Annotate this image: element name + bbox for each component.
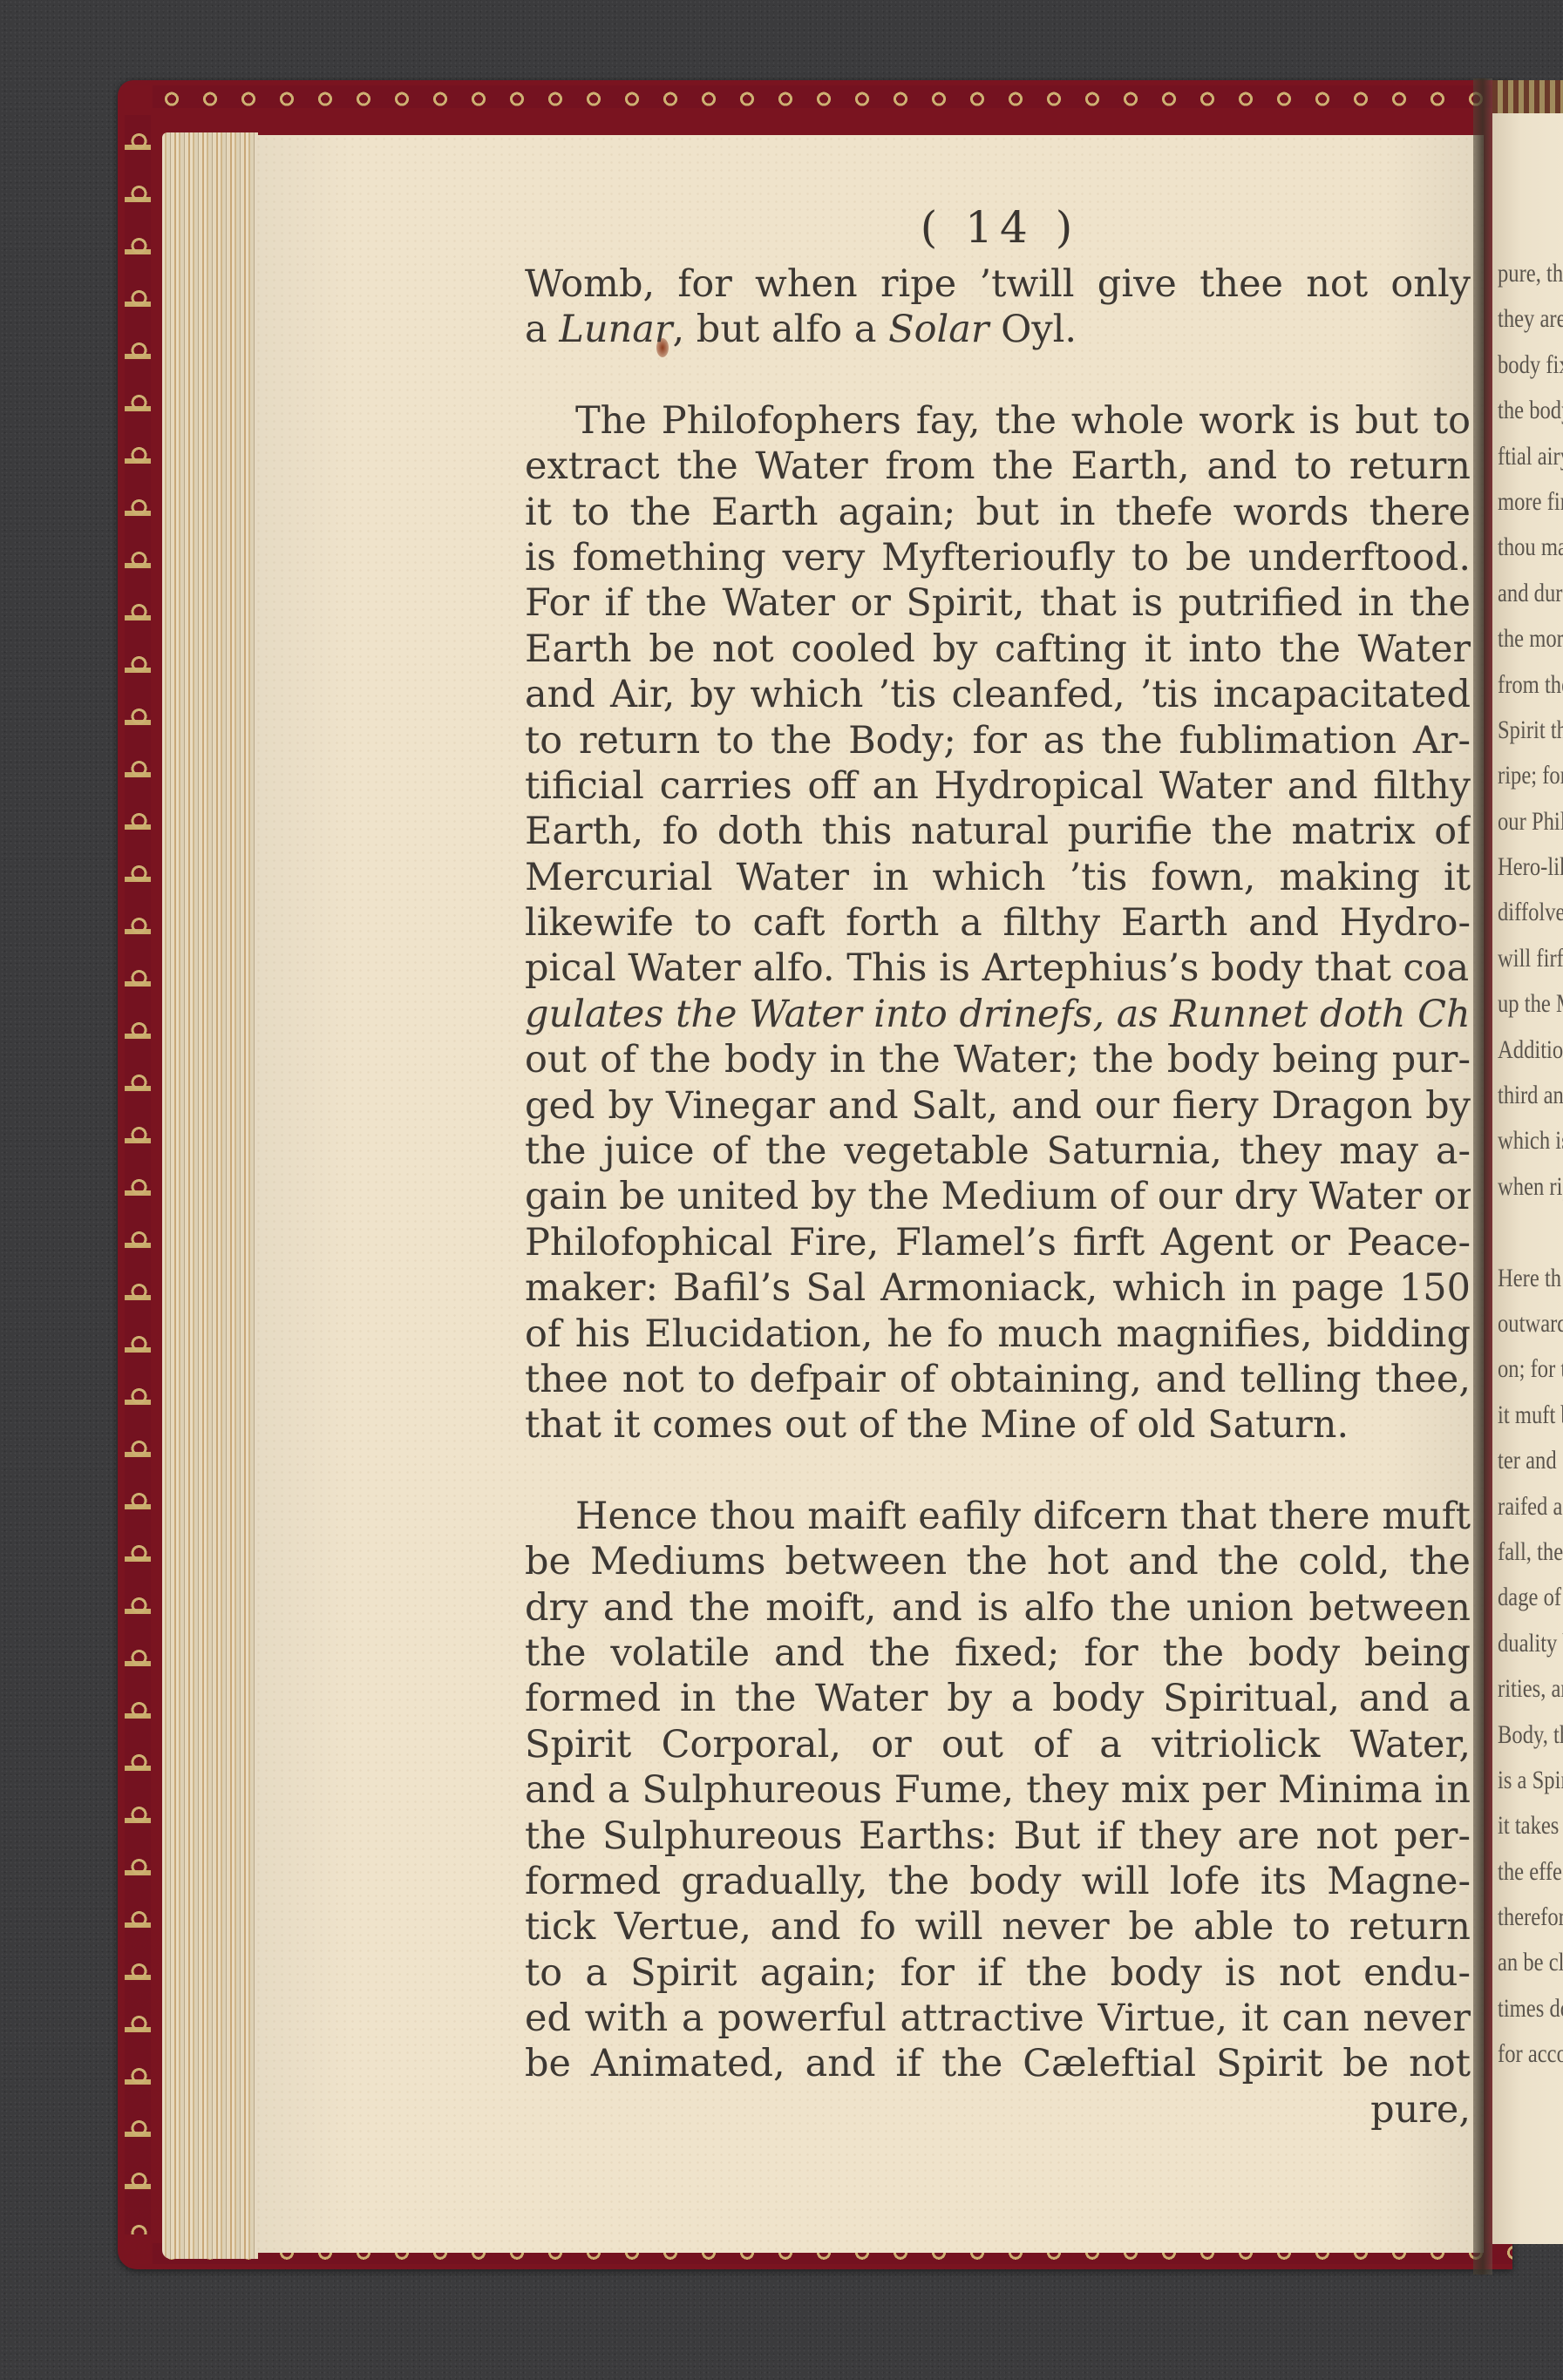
facing-text-fragment: outward): [1498, 1301, 1563, 1346]
facing-text-fragment: the body: [1498, 388, 1563, 433]
text-line: and a Sulphureous Fume, they mix per Min…: [525, 1767, 1471, 1813]
facing-text-fragment: it takes o: [1498, 1803, 1563, 1848]
text-line: be Mediums between the hot and the cold,…: [525, 1539, 1471, 1584]
facing-text-fragment: Body, that: [1498, 1712, 1563, 1758]
text-line: Earth, fo doth this natural purifie the …: [525, 809, 1471, 854]
text-line: Spirit Corporal, or out of a vitriolick …: [525, 1722, 1471, 1767]
facing-text-fragment: Spirit tha: [1498, 708, 1563, 753]
text-line: to a Spirit again; for if the body is no…: [525, 1950, 1471, 1996]
facing-text-fragment: Hero-like: [1498, 844, 1563, 890]
text-line: tick Vertue, and fo will never be able t…: [525, 1904, 1471, 1949]
text-line: formed in the Water by a body Spiritual,…: [525, 1676, 1471, 1721]
facing-text-fragment: Here th: [1498, 1256, 1563, 1301]
text-line: of his Elucidation, he fo much magnifies…: [525, 1312, 1471, 1357]
text-line: out of the body in the Water; the body b…: [525, 1037, 1471, 1082]
body-text: Womb, for when ripe ’twill give thee not…: [525, 261, 1471, 2133]
text-line: The Philofophers fay, the whole work is …: [525, 398, 1471, 444]
facing-text-fragment: and durab: [1498, 571, 1563, 616]
facing-text-fragment: which is: [1498, 1118, 1563, 1163]
text-line: Hence thou maift eafily difcern that the…: [525, 1494, 1471, 1539]
facing-cover-edge: [1492, 80, 1563, 115]
text-line: the volatile and the fixed; for the body…: [525, 1631, 1471, 1676]
text-line: ed with a powerful attractive Virtue, it…: [525, 1996, 1471, 2041]
text-line: a Lunar, but alfo a Solar Oyl.: [525, 307, 1471, 352]
page-number: ( 14 ): [917, 202, 1083, 253]
text-line: the Sulphureous Earths: But if they are …: [525, 1814, 1471, 1859]
gold-tooling-left: [125, 115, 151, 2234]
facing-text-fragment: will firft a: [1498, 936, 1563, 981]
facing-text-fragment: it muft be: [1498, 1393, 1563, 1438]
facing-text-fragment: from the: [1498, 662, 1563, 708]
facing-text-fragment: our Philo: [1498, 799, 1563, 844]
text-line: maker: Bafil’s Sal Armoniack, which in p…: [525, 1265, 1471, 1311]
text-line: is fomething very Myfterioufly to be und…: [525, 535, 1471, 580]
facing-text-fragment: body fixi: [1498, 342, 1563, 388]
facing-text-fragment: on; for t: [1498, 1346, 1563, 1392]
facing-text-fragment: for accordin: [1498, 2031, 1563, 2077]
text-line: ged by Vinegar and Salt, and our fiery D…: [525, 1083, 1471, 1129]
text-line: formed gradually, the body will lofe its…: [525, 1859, 1471, 1904]
gilt-page-edges: [162, 132, 258, 2259]
facing-text-fragment: third and: [1498, 1073, 1563, 1118]
facing-page-text: pure, ththey arebody fixithe bodyftial a…: [1498, 251, 1563, 2078]
text-line: be Animated, and if the Cæleftial Spirit…: [525, 2041, 1471, 2086]
text-line: Womb, for when ripe ’twill give thee not…: [525, 261, 1471, 307]
facing-text-fragment: duality bei: [1498, 1621, 1563, 1666]
facing-text-fragment: rities, and: [1498, 1666, 1563, 1712]
facing-text-fragment: more fim: [1498, 479, 1563, 525]
facing-text-fragment: the more: [1498, 616, 1563, 661]
text-line: to return to the Body; for as the fublim…: [525, 718, 1471, 763]
text-line: that it comes out of the Mine of old Sat…: [525, 1402, 1471, 1448]
text-line: the juice of the vegetable Saturnia, the…: [525, 1129, 1471, 1174]
facing-text-fragment: is a Spirit,: [1498, 1758, 1563, 1803]
facing-text-fragment: fall, the: [1498, 1529, 1563, 1575]
text-line: Mercurial Water in which ’tis fown, maki…: [525, 855, 1471, 900]
text-line: it to the Earth again; but in thefe word…: [525, 490, 1471, 535]
facing-text-fragment: [1498, 1210, 1563, 1255]
italic-term: Lunar: [559, 308, 672, 351]
text-line: Earth be not cooled by cafting it into t…: [525, 627, 1471, 672]
facing-text-fragment: up the Ma: [1498, 981, 1563, 1027]
facing-text-fragment: pure, th: [1498, 251, 1563, 296]
text-line: and Air, by which ’tis cleanfed, ’tis in…: [525, 672, 1471, 717]
text-line: gain be united by the Medium of our dry …: [525, 1174, 1471, 1219]
facing-text-fragment: raifed a m: [1498, 1484, 1563, 1529]
facing-text-fragment: an be clear: [1498, 1940, 1563, 1985]
text-line: tificial carries off an Hydropical Water…: [525, 763, 1471, 809]
catchword: pure,: [525, 2087, 1471, 2133]
text-line: extract the Water from the Earth, and to…: [525, 444, 1471, 489]
facing-text-fragment: times down: [1498, 1986, 1563, 2031]
facing-text-fragment: therefore n: [1498, 1895, 1563, 1940]
gold-tooling-top: [153, 85, 1512, 108]
facing-text-fragment: thou mai: [1498, 525, 1563, 570]
text-line: likewife to caft forth a filthy Earth an…: [525, 900, 1471, 946]
facing-text-fragment: ripe; for: [1498, 753, 1563, 798]
text-line: dry and the moift, and is alfo the union…: [525, 1585, 1471, 1631]
facing-text-fragment: ter and Sp: [1498, 1438, 1563, 1483]
text-line: Philofophical Fire, Flamel’s firft Agent…: [525, 1220, 1471, 1265]
gutter-shadow: [1473, 78, 1492, 2275]
facing-text-fragment: when ripe: [1498, 1164, 1563, 1210]
facing-text-fragment: the effects: [1498, 1849, 1563, 1895]
italic-term: Solar: [888, 308, 989, 351]
text-line: pical Water alfo. This is Artephius’s bo…: [525, 946, 1471, 991]
text-line: For if the Water or Spirit, that is putr…: [525, 580, 1471, 626]
facing-text-fragment: they are: [1498, 296, 1563, 342]
text-line: gulates the Water into drinefs, as Runne…: [525, 992, 1471, 1037]
text-line: thee not to defpair of obtaining, and te…: [525, 1357, 1471, 1402]
facing-text-fragment: diffolve th: [1498, 890, 1563, 935]
facing-text-fragment: ftial airy: [1498, 434, 1563, 479]
facing-text-fragment: Additions: [1498, 1027, 1563, 1073]
facing-text-fragment: dage of C: [1498, 1575, 1563, 1620]
